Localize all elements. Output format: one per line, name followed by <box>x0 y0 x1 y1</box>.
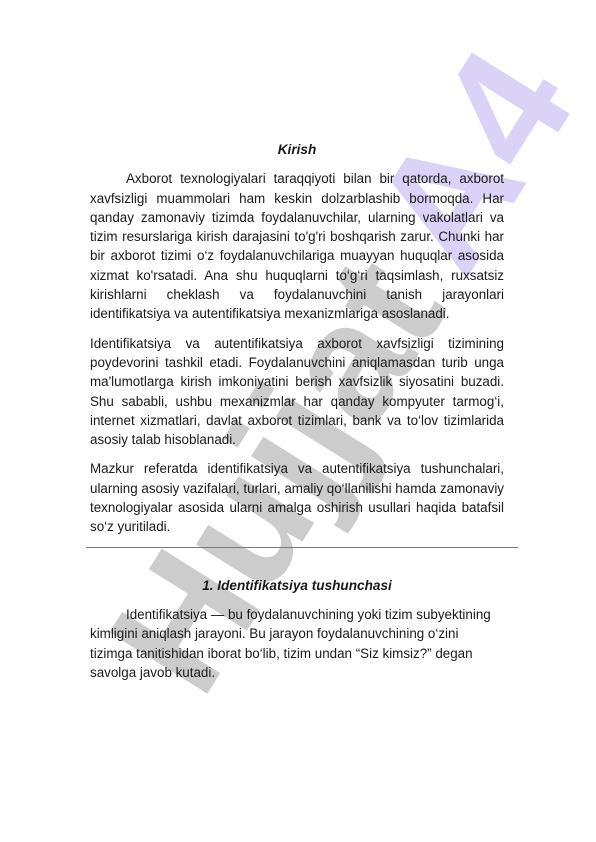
intro-paragraph-1: Axborot texnologiyalari taraqqiyoti bila… <box>90 169 504 323</box>
intro-paragraph-3: Mazkur referatda identifikatsiya va aute… <box>90 459 504 536</box>
document-page: Hujjat A4 Kirish Axborot texnologiyalari… <box>0 0 596 842</box>
section-1-paragraph-1: Identifikatsiya — bu foydalanuvchining y… <box>90 605 504 682</box>
intro-paragraph-2: Identifikatsiya va autentifikatsiya axbo… <box>90 334 504 450</box>
intro-heading: Kirish <box>90 140 504 159</box>
section-divider <box>86 547 518 548</box>
document-body: Kirish Axborot texnologiyalari taraqqiyo… <box>90 140 504 692</box>
section-1-heading: 1. Identifikatsiya tushunchasi <box>90 576 504 595</box>
